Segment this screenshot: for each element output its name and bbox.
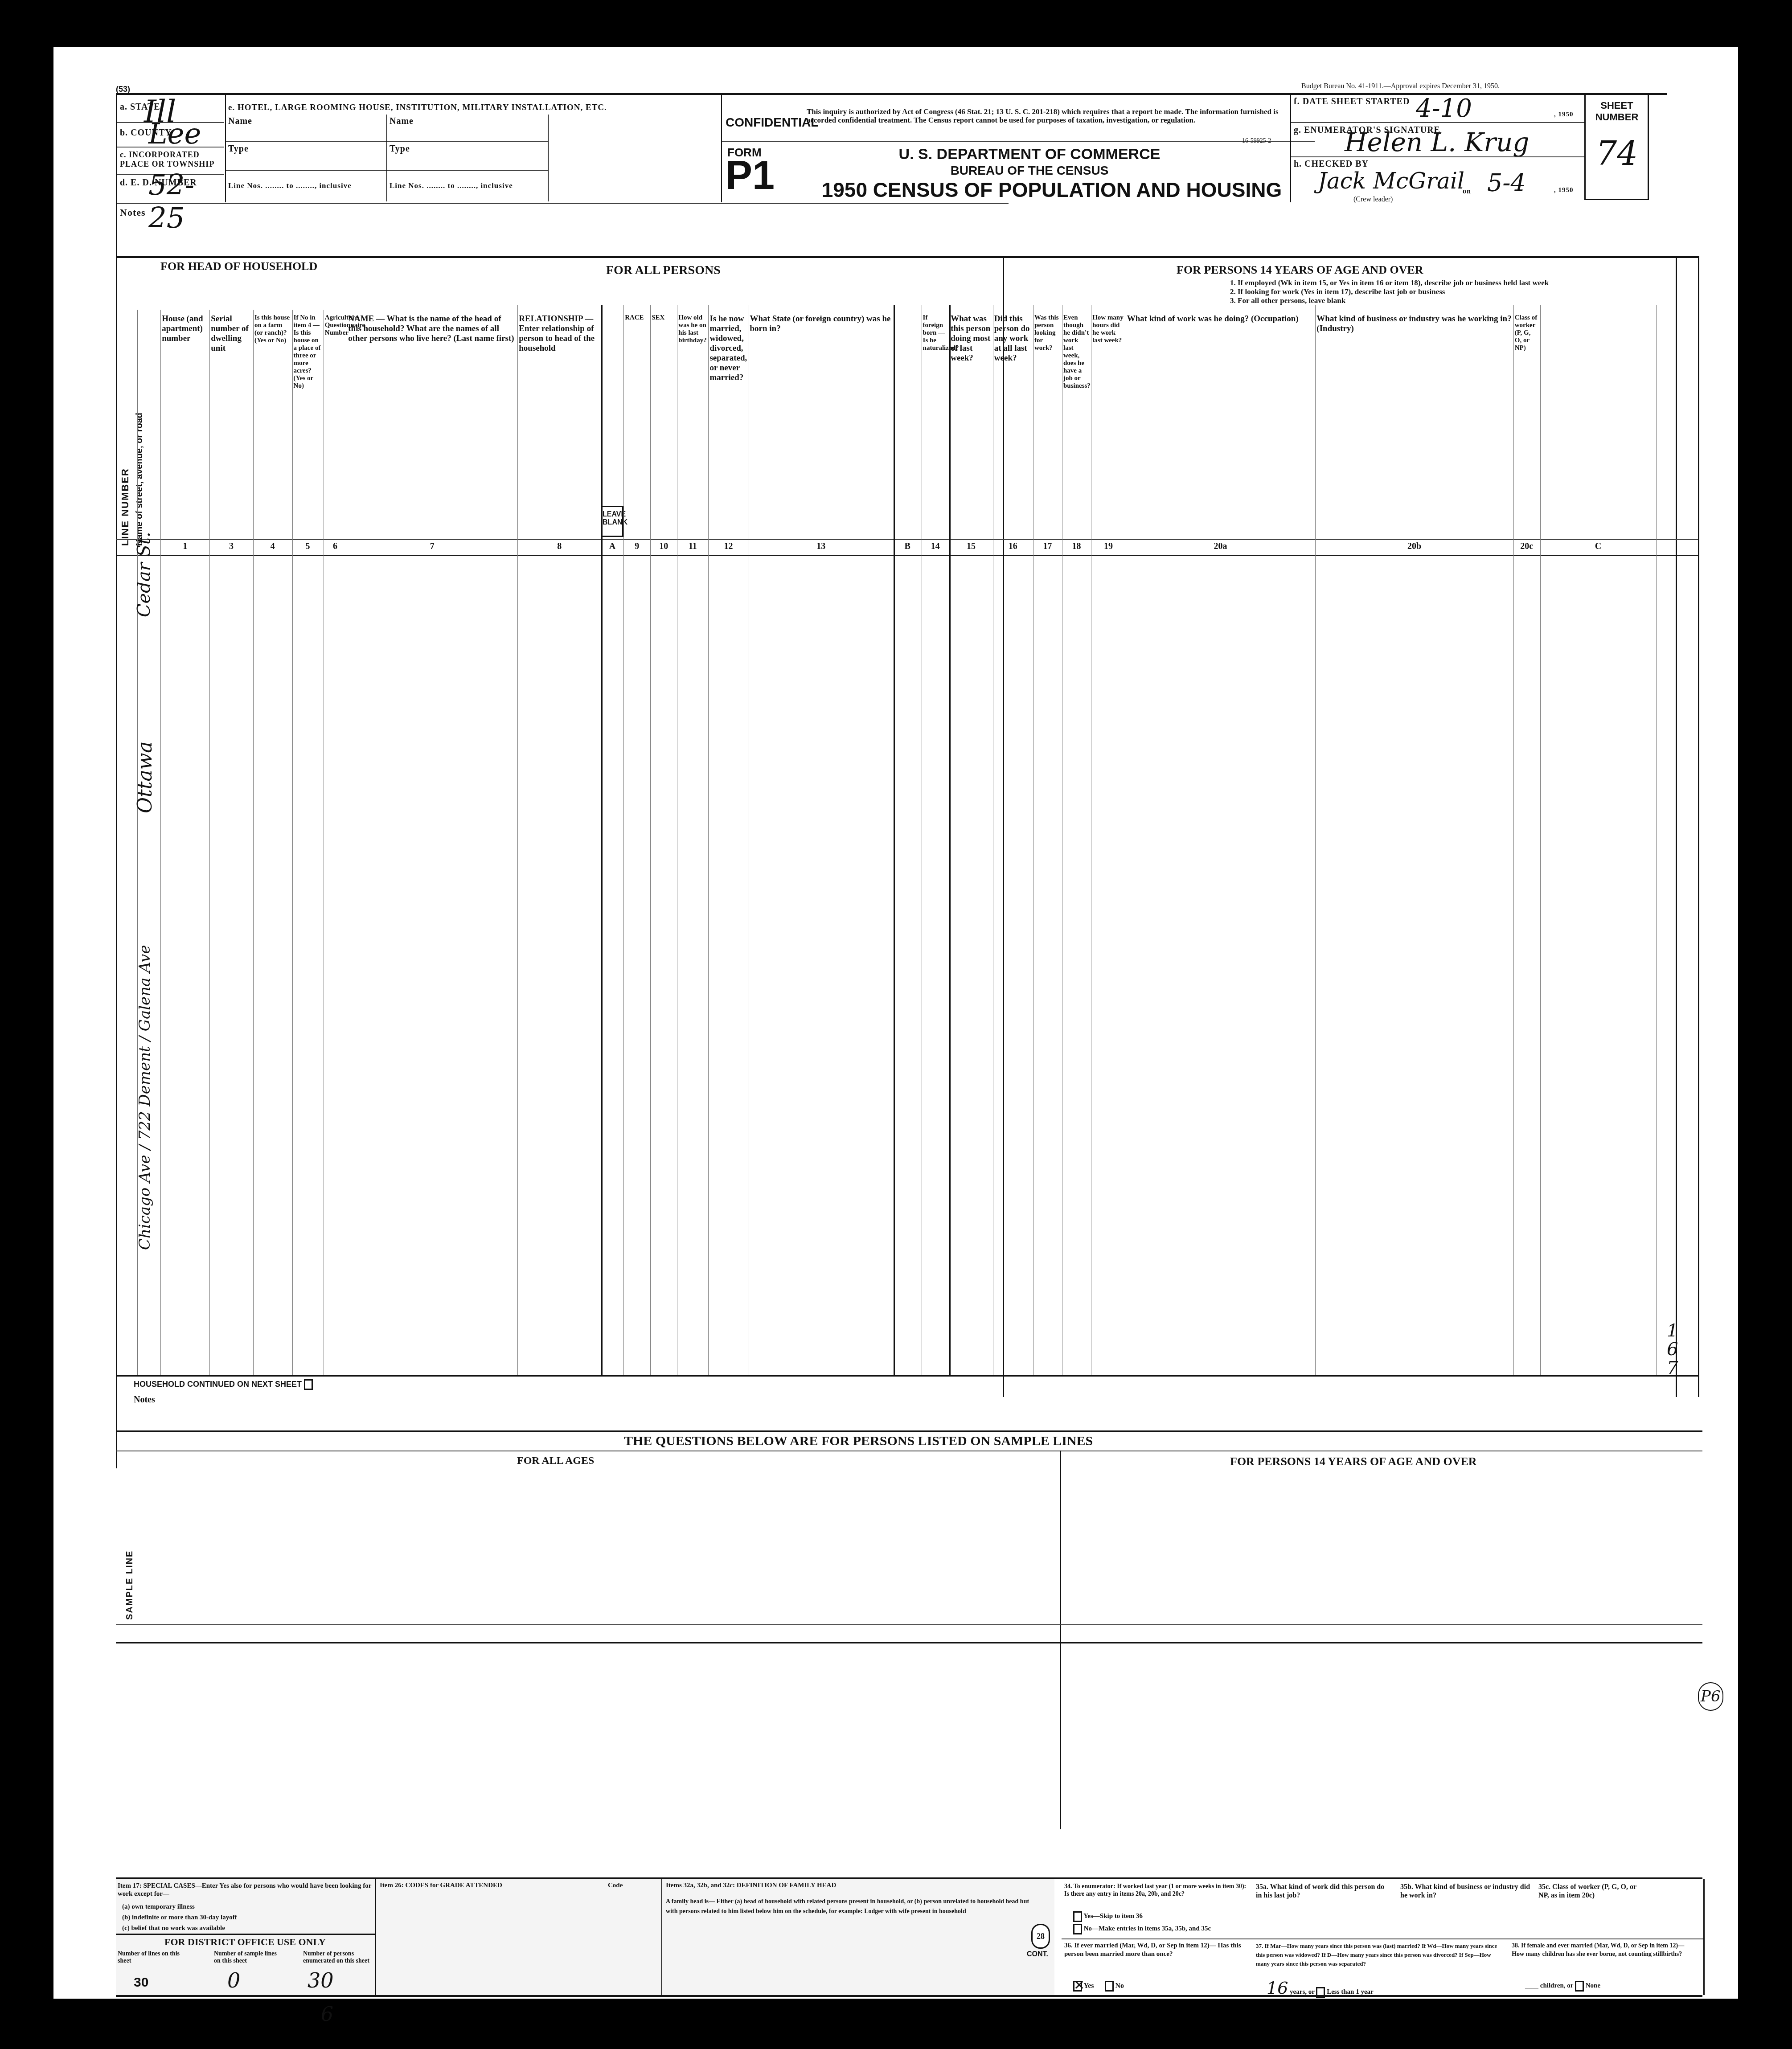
column-header-hours: How many hours did he work last week? (1092, 314, 1124, 344)
sample-lines-value: 0 (227, 1968, 240, 1992)
line-nos-1: Line Nos. ........ to ........, inclusiv… (228, 181, 352, 190)
column-number-acres: 5 (292, 541, 324, 552)
q35c-text: 35c. Class of worker (P, G, O, or NP, as… (1538, 1883, 1645, 1900)
grade-codes-title: Item 26: CODES for GRADE ATTENDED (380, 1882, 502, 1889)
institution-type-label: Type (228, 144, 249, 154)
special-cases-list: (a) own temporary illness (b) indefinite… (122, 1901, 237, 1934)
form-id: P1 (726, 156, 775, 196)
column-header-age: How old was he on his last birthday? (678, 314, 707, 344)
department: U. S. DEPARTMENT OF COMMERCE (838, 146, 1221, 163)
q34-text: 34. To enumerator: If worked last year (… (1064, 1883, 1251, 1898)
household-continued-checkbox[interactable] (304, 1379, 313, 1390)
column-number-house: 1 (160, 541, 209, 552)
sample-line-label: SAMPLE LINE (125, 1550, 135, 1620)
persons-14-heading: FOR PERSONS 14 YEARS OF AGE AND OVER (1177, 263, 1423, 277)
column-number-age: 11 (677, 541, 708, 552)
grade-codes-box: Item 26: CODES for GRADE ATTENDED Code (376, 1879, 662, 1995)
checked-year: , 1950 (1554, 187, 1574, 194)
column-number-industry: 20b (1315, 541, 1513, 552)
title-block: CONFIDENTIAL This inquiry is authorized … (721, 93, 1315, 202)
sample-persons-14-heading: FOR PERSONS 14 YEARS OF AGE AND OVER (1230, 1455, 1477, 1468)
column-number-job: 18 (1062, 541, 1091, 552)
special-cases-box: Item 17: SPECIAL CASES—Enter Yes also fo… (116, 1879, 376, 1995)
side-note: P6 (1698, 1682, 1723, 1711)
page-mark: (53) (116, 85, 130, 94)
place-label: c. INCORPORATED PLACE OR TOWNSHIP (120, 150, 226, 169)
street-label: Name of street, avenue, or road (135, 413, 145, 546)
cont-label: CONT. (1027, 1951, 1048, 1959)
date-year: , 1950 (1554, 111, 1574, 119)
q37-text: 37. If Mar—How many years since this per… (1256, 1942, 1505, 1968)
head-of-household-heading: FOR HEAD OF HOUSEHOLD (160, 260, 317, 273)
column-header-activity: What was this person doing most of last … (951, 314, 992, 363)
sheet-number-label: SHEET NUMBER (1586, 100, 1648, 123)
all-ages-heading: FOR ALL AGES (517, 1455, 594, 1467)
family-head-box: Items 32a, 32b, and 32c: DEFINITION OF F… (662, 1879, 1054, 1995)
street-annotation-2: Ottawa (134, 741, 156, 813)
below-note: 6 (321, 2003, 333, 2026)
column-header-looking: Was this person looking for work? (1034, 314, 1061, 352)
special-cases-title: Item 17: SPECIAL CASES—Enter Yes also fo… (118, 1882, 372, 1898)
column-header-acres: If No in item 4 — Is this house on a pla… (294, 314, 322, 390)
q38-answer: ____ children, or None (1525, 1981, 1600, 1992)
column-number-rel: 8 (517, 541, 601, 552)
column-number-worked: 16 (993, 541, 1033, 552)
crew-leader-label: (Crew leader) (1353, 196, 1393, 204)
line-nos-2: Line Nos. ........ to ........, inclusiv… (390, 181, 513, 190)
sheet-number-box: SHEET NUMBER 74 (1584, 93, 1649, 200)
column-header-marital: Is he now married, widowed, divorced, se… (709, 314, 747, 383)
ed-value: 52-25 (148, 169, 226, 235)
budget-note: Budget Bureau No. 41-1911.—Approval expi… (1301, 82, 1500, 90)
column-header-industry: What kind of business or industry was he… (1316, 314, 1512, 334)
column-number-birthplace: 13 (749, 541, 894, 552)
line-number-label: LINE NUMBER (119, 468, 131, 546)
district-office-heading: FOR DISTRICT OFFICE USE ONLY (116, 1936, 374, 1948)
column-number-A: A (601, 541, 623, 552)
household-continued: HOUSEHOLD CONTINUED ON NEXT SHEET (134, 1379, 313, 1390)
confidential-text: This inquiry is authorized by Act of Con… (807, 107, 1306, 124)
checked-on-value: 5-4 (1487, 169, 1526, 197)
enumerator-signature: Helen L. Krug (1345, 127, 1530, 157)
q38-text: 38. If female and ever married (Mar, Wd,… (1512, 1942, 1694, 1959)
checked-by-value: Jack McGrail (1318, 168, 1464, 194)
column-header-serial: Serial number of dwelling unit (211, 314, 252, 353)
q34-no[interactable]: No—Make entries in items 35a, 35b, and 3… (1073, 1924, 1211, 1934)
column-header-sex: SEX (652, 314, 676, 322)
occupation-instructions: 1. If employed (Wk in item 15, or Yes in… (1230, 279, 1631, 305)
county-value: Lee (148, 118, 201, 151)
column-number-hours: 19 (1091, 541, 1126, 552)
print-code: 16-59925-2 (1242, 138, 1271, 145)
column-number-b: B (894, 541, 922, 552)
questions-34-38: 34. To enumerator: If worked last year (… (1062, 1879, 1705, 1995)
column-header-worked: Did this person do any work at all last … (994, 314, 1032, 363)
column-header-rel: RELATIONSHIP — Enter relationship of per… (519, 314, 600, 353)
num-lines-label: Number of lines on this sheet (118, 1951, 185, 1965)
column-number-serial: 3 (209, 541, 253, 552)
column-header-race: RACE (625, 314, 649, 322)
persons-label: Number of persons enumerated on this she… (303, 1951, 370, 1965)
cont-line-mark: 28 (1031, 1924, 1050, 1949)
right-margin-notes: 1 6 7 (1667, 1321, 1678, 1377)
sample-title: THE QUESTIONS BELOW ARE FOR PERSONS LIST… (624, 1434, 1093, 1449)
column-number-farm: 4 (253, 541, 292, 552)
all-persons-heading: FOR ALL PERSONS (606, 263, 721, 278)
q36-text: 36. If ever married (Mar, Wd, D, or Sep … (1064, 1942, 1251, 1959)
column-header-farm: Is this house on a farm (or ranch)? (Yes… (254, 314, 291, 344)
column-number-name: 7 (347, 541, 517, 552)
column-header-class: Class of worker (P, G, O, or NP) (1515, 314, 1539, 352)
notes-label: Notes (120, 207, 146, 218)
column-number-marital: 12 (708, 541, 748, 552)
bureau: BUREAU OF THE CENSUS (838, 164, 1221, 178)
num-lines-value: 30 (134, 1975, 148, 1990)
family-head-title: Items 32a, 32b, and 32c: DEFINITION OF F… (666, 1882, 836, 1889)
checked-on-label: on (1463, 188, 1471, 196)
q35a-text: 35a. What kind of work did this person d… (1256, 1883, 1390, 1900)
column-header-nat: If foreign born — Is he naturalized? (923, 314, 948, 352)
column-number-occupation: 20a (1126, 541, 1316, 552)
column-header-birthplace: What State (or foreign country) was he b… (750, 314, 892, 334)
column-number-race: 9 (623, 541, 650, 552)
date-value: 4-10 (1416, 94, 1472, 123)
notes-label-2: Notes (134, 1395, 155, 1405)
street-annotation-1: Cedar St. (134, 532, 154, 617)
institution-type-label-2: Type (390, 144, 410, 154)
column-header-house: House (and apartment) number (162, 314, 208, 344)
leave-blank-A: LEAVE BLANK (601, 506, 623, 537)
census-sheet: (53) a. STATE Ill b. COUNTY Lee c. INCOR… (53, 47, 1738, 1999)
column-header-job: Even though he didn't work last week, do… (1063, 314, 1090, 390)
institution-block: e. HOTEL, LARGE ROOMING HOUSE, INSTITUTI… (225, 93, 779, 202)
column-number-code: C (1540, 541, 1656, 552)
signature-block: 16-59925-2 f. DATE SHEET STARTED 4-10 , … (1290, 93, 1585, 202)
q36-answers[interactable]: Yes No (1073, 1981, 1124, 1992)
institution-label: e. HOTEL, LARGE ROOMING HOUSE, INSTITUTI… (228, 103, 607, 113)
q34-yes[interactable]: Yes—Skip to item 36 (1073, 1911, 1143, 1922)
column-header-agri: Agriculture Questionnaire Number (325, 314, 346, 337)
persons-value: 30 (308, 1968, 334, 1992)
column-header-occupation: What kind of work was he doing? (Occupat… (1127, 314, 1314, 324)
sample-lines-label: Number of sample lines on this sheet (214, 1951, 281, 1965)
column-header-name: NAME — What is the name of the head of t… (348, 314, 516, 344)
column-number-agri: 6 (324, 541, 347, 552)
grade-code-label: Code (608, 1882, 623, 1889)
family-head-text: A family head is— Either (a) head of hou… (666, 1897, 1031, 1917)
date-label: f. DATE SHEET STARTED (1294, 97, 1410, 107)
column-number-activity: 15 (949, 541, 993, 552)
column-number-looking: 17 (1033, 541, 1062, 552)
column-number-class: 20c (1513, 541, 1540, 552)
institution-name-label-2: Name (390, 116, 414, 127)
column-number-sex: 10 (650, 541, 677, 552)
institution-name-label: Name (228, 116, 252, 127)
sheet-number-value: 74 (1586, 135, 1648, 173)
q35b-text: 35b. What kind of business or industry d… (1400, 1883, 1534, 1900)
confidential-label: CONFIDENTIAL (726, 115, 818, 130)
column-number-nat: 14 (922, 541, 950, 552)
form-title: 1950 CENSUS OF POPULATION AND HOUSING (789, 178, 1315, 202)
street-annotation-3: Chicago Ave / 722 Dement / Galena Ave (136, 945, 154, 1250)
